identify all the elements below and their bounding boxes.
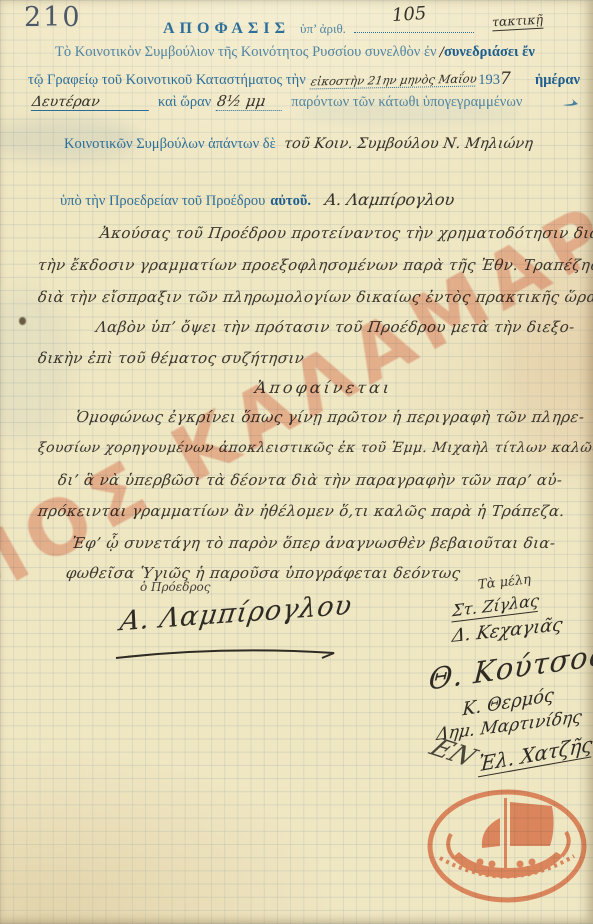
- body-line: Ἐφ’ ᾧ συνετάγη τὸ παρὸν ὅπερ ἀναγνωσθὲν …: [71, 534, 557, 552]
- signature-flourish-underline: [112, 644, 342, 664]
- body-line: φωθεῖσα Ὑγιῶς ἡ παροῦσα ὑπογράφεται δεόν…: [65, 564, 462, 582]
- correction-note: τακτικῇ: [492, 12, 544, 32]
- president-label: ὁ Πρόεδρος: [140, 580, 210, 594]
- member-signature: Ἐλ. Χατζῆς: [478, 732, 593, 778]
- handwritten-date: εἰκοστὴν 21ην μηνὸς Μαΐου: [309, 72, 477, 90]
- margin-mark-icon: [562, 96, 580, 108]
- handwritten-year-digit: 7: [500, 69, 511, 89]
- ship-stamp: [424, 786, 590, 908]
- body-printed-line: ὑπὸ τὴν Προεδρείαν τοῦ Προέδρου: [60, 193, 265, 210]
- handwritten-time: 8½ μμ: [216, 92, 285, 111]
- body-printed-line: Κοινοτικῶν Συμβούλων ἁπάντων δὲ: [64, 136, 276, 153]
- decision-number: 105: [391, 3, 427, 26]
- scanned-document-page: 210 ΑΠΟΦΑΣΙΣ ὑπ’ ἀριθ. 105 τακτικῇ Τὸ Κο…: [0, 0, 593, 924]
- punch-hole: [19, 317, 26, 325]
- body-printed-line-emph: συνεδριάσει ἔν: [444, 44, 535, 61]
- handwritten-councillor-name: τοῦ Κοιν. Συμβούλου Ν. Μηλιώνη: [283, 136, 534, 152]
- decision-title-suffix: ὑπ’ ἀριθ.: [300, 21, 346, 37]
- handwritten-president-name: Α. Λαμπίρογλου: [324, 190, 456, 209]
- body-printed-word: αὐτοῦ.: [270, 193, 311, 210]
- body-printed-line: παρόντων τῶν κάτωθι ὑπογεγραμμένων: [291, 94, 522, 111]
- members-label: Τὰ μέλη: [477, 572, 531, 592]
- printed-year: 193: [478, 72, 500, 89]
- body-printed-word: ἡμέραν: [535, 72, 580, 89]
- body-printed-line: τῷ Γραφείῳ τοῦ Κοινοτικοῦ Καταστήματος τ…: [28, 72, 306, 89]
- decision-title: ΑΠΟΦΑΣΙΣ: [163, 20, 290, 38]
- page-number: 210: [24, 2, 82, 33]
- body-printed-line: Τὸ Κοινοτικὸν Συμβούλιον τῆς Κοινότητος …: [55, 44, 437, 61]
- president-signature: Α. Λαμπίρογλου: [118, 590, 354, 638]
- decision-number-blank: [354, 32, 474, 33]
- handwritten-day: Δευτέραν: [31, 94, 151, 111]
- body-printed-word: καὶ ὥραν: [158, 94, 211, 111]
